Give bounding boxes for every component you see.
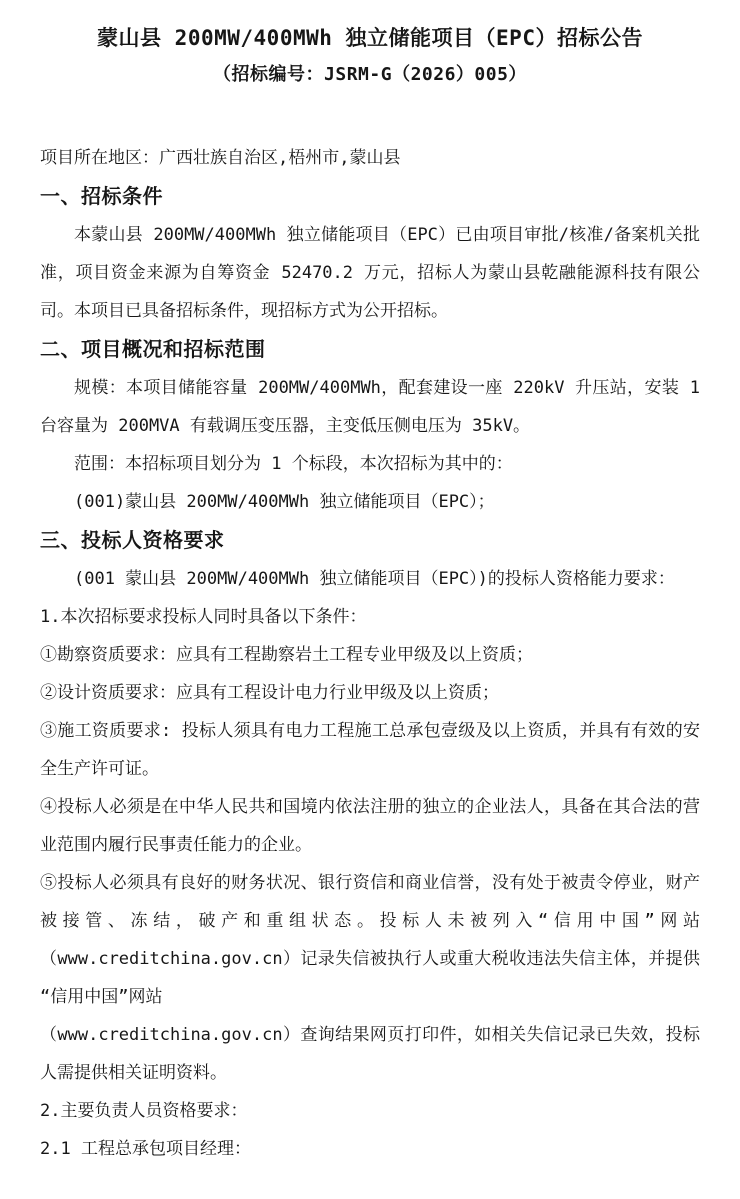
condition-item-2: 2.主要负责人员资格要求：: [40, 1092, 700, 1130]
bid-lot-line: (001)蒙山县 200MW/400MWh 独立储能项目（EPC）；: [40, 483, 700, 521]
bid-scope-paragraph: 范围：本招标项目划分为 1 个标段，本次招标为其中的：: [40, 445, 700, 483]
tender-announcement-page: 蒙山县 200MW/400MWh 独立储能项目（EPC）招标公告 （招标编号：J…: [0, 0, 740, 1199]
document-body: 项目所在地区：广西壮族自治区,梧州市,蒙山县 一、招标条件 本蒙山县 200MW…: [40, 139, 700, 1168]
section-1-paragraph: 本蒙山县 200MW/400MWh 独立储能项目（EPC）已由项目审批/核准/备…: [40, 216, 700, 330]
requirement-credit-printout: （www.creditchina.gov.cn）查询结果网页打印件，如相关失信记…: [40, 1016, 700, 1092]
section-3-heading: 三、投标人资格要求: [40, 521, 700, 560]
qualification-intro: (001 蒙山县 200MW/400MWh 独立储能项目（EPC）)的投标人资格…: [40, 560, 700, 598]
section-2-heading: 二、项目概况和招标范围: [40, 330, 700, 369]
requirement-survey: ①勘察资质要求：应具有工程勘察岩土工程专业甲级及以上资质；: [40, 636, 700, 674]
project-scale-paragraph: 规模：本项目储能容量 200MW/400MWh，配套建设一座 220kV 升压站…: [40, 369, 700, 445]
condition-item-2-1: 2.1 工程总承包项目经理：: [40, 1130, 700, 1168]
requirement-legal-entity: ④投标人必须是在中华人民共和国境内依法注册的独立的企业法人，具备在其合法的营业范…: [40, 788, 700, 864]
condition-item-1: 1.本次招标要求投标人同时具备以下条件：: [40, 598, 700, 636]
requirement-credit-standing: ⑤投标人必须具有良好的财务状况、银行资信和商业信誉，没有处于被责令停业，财产被接…: [40, 864, 700, 1016]
requirement-construction: ③施工资质要求: 投标人须具有电力工程施工总承包壹级及以上资质，并具有有效的安全…: [40, 712, 700, 788]
doc-title: 蒙山县 200MW/400MWh 独立储能项目（EPC）招标公告: [40, 20, 700, 56]
section-1-heading: 一、招标条件: [40, 177, 700, 216]
requirement-design: ②设计资质要求：应具有工程设计电力行业甲级及以上资质；: [40, 674, 700, 712]
doc-tender-number: （招标编号：JSRM-G（2026）005）: [40, 57, 700, 93]
project-location: 项目所在地区：广西壮族自治区,梧州市,蒙山县: [40, 139, 700, 177]
